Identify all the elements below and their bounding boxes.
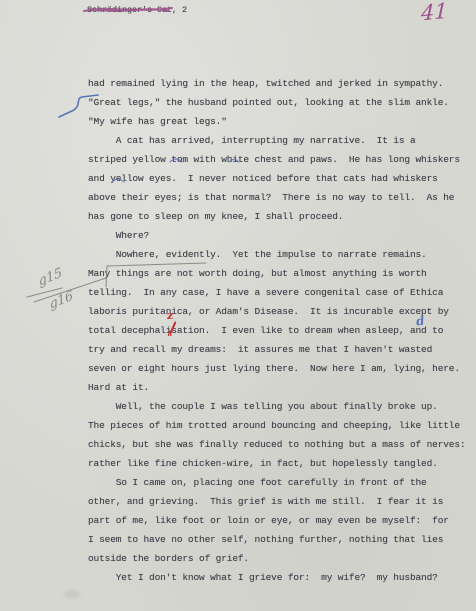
typed-line: I seem to have no other self, nothing fu… xyxy=(88,530,470,549)
typed-line: outside the borders of grief. xyxy=(88,549,470,568)
typed-line: Many things are not worth doing, but alm… xyxy=(88,264,470,283)
typed-line: other, and grieving. This grief is with … xyxy=(88,492,470,511)
page-title: Schrödinger's Cat, 2 xyxy=(87,5,187,15)
typed-line: telling. In any case, I have a severe co… xyxy=(88,283,470,302)
manuscript-page: Schrödinger's Cat, 2 41 had remained lyi… xyxy=(0,0,476,611)
typed-line: Nowhere, evidently. Yet the impulse to n… xyxy=(88,245,470,264)
typed-line: striped yellow tom with white chest and … xyxy=(88,150,470,169)
typed-body-text: had remained lying in the heap, twitched… xyxy=(88,74,470,587)
blue-correction-letter: d xyxy=(415,313,425,328)
typed-line: total decephalisation. I even like to dr… xyxy=(88,321,470,340)
typed-line: rather like fine chicken-wire, in fact, … xyxy=(88,454,470,473)
typed-line: chicks, but she was finally reduced to n… xyxy=(88,435,470,454)
typed-line: laboris puritanica, or Adam's Disease. I… xyxy=(88,302,470,321)
typed-line: Yet I don't know what I grieve for: my w… xyxy=(88,568,470,587)
typed-line: Well, the couple I was telling you about… xyxy=(88,397,470,416)
typed-line: "My wife has great legs." xyxy=(88,112,470,131)
typed-line: So I came on, placing one foot carefully… xyxy=(88,473,470,492)
typed-line: "Great legs," the husband pointed out, l… xyxy=(88,93,470,112)
typed-line: seven or eight hours just lying there. N… xyxy=(88,359,470,378)
typed-line: and yellow eyes. I never noticed before … xyxy=(88,169,470,188)
pencil-margin-note: g16 xyxy=(48,288,74,312)
typed-line: try and recall my dreams: it assures me … xyxy=(88,340,470,359)
typed-line: The pieces of him trotted around bouncin… xyxy=(88,416,470,435)
typed-line: has gone to sleep on my knee, I shall pr… xyxy=(88,207,470,226)
page-number: 41 xyxy=(421,0,448,26)
typed-line: Hard at it. xyxy=(88,378,470,397)
paper-smudge xyxy=(64,590,80,598)
typed-line: Where? xyxy=(88,226,470,245)
typed-line: above their eyes; is that normal? There … xyxy=(88,188,470,207)
red-caret-mark: ∧ xyxy=(167,329,172,339)
typed-line: part of me, like foot or loin or eye, or… xyxy=(88,511,470,530)
typed-line: had remained lying in the heap, twitched… xyxy=(88,74,470,93)
pencil-margin-note: g15 xyxy=(37,265,63,289)
typed-line: A cat has arrived, interrupting my narra… xyxy=(88,131,470,150)
